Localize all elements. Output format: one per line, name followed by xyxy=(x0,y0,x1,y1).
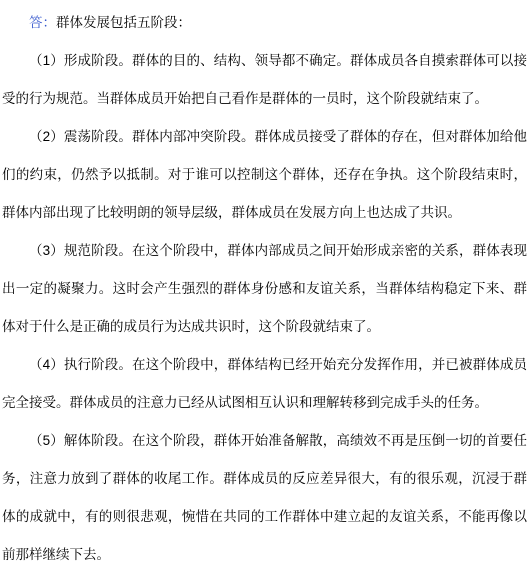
answer-document: 答：群体发展包括五阶段： （1）形成阶段。群体的目的、结构、领导都不确定。群体成… xyxy=(0,0,528,574)
stage-paragraph-storming: （2）震荡阶段。群体内部冲突阶段。群体成员接受了群体的存在，但对群体加给他们的约… xyxy=(2,118,527,232)
answer-label: 答： xyxy=(29,15,56,30)
stage-paragraph-forming: （1）形成阶段。群体的目的、结构、领导都不确定。群体成员各自摸索群体可以接受的行… xyxy=(2,42,527,118)
stage-paragraph-adjourning: （5）解体阶段。在这个阶段，群体开始准备解散，高绩效不再是压倒一切的首要任务，注… xyxy=(2,422,527,574)
stage-paragraph-norming: （3）规范阶段。在这个阶段中，群体内部成员之间开始形成亲密的关系，群体表现出一定… xyxy=(2,232,527,346)
stage-paragraph-performing: （4）执行阶段。在这个阶段中，群体结构已经开始充分发挥作用，并已被群体成员完全接… xyxy=(2,346,527,422)
answer-intro-text: 群体发展包括五阶段： xyxy=(56,15,191,30)
answer-intro-paragraph: 答：群体发展包括五阶段： xyxy=(2,4,527,42)
